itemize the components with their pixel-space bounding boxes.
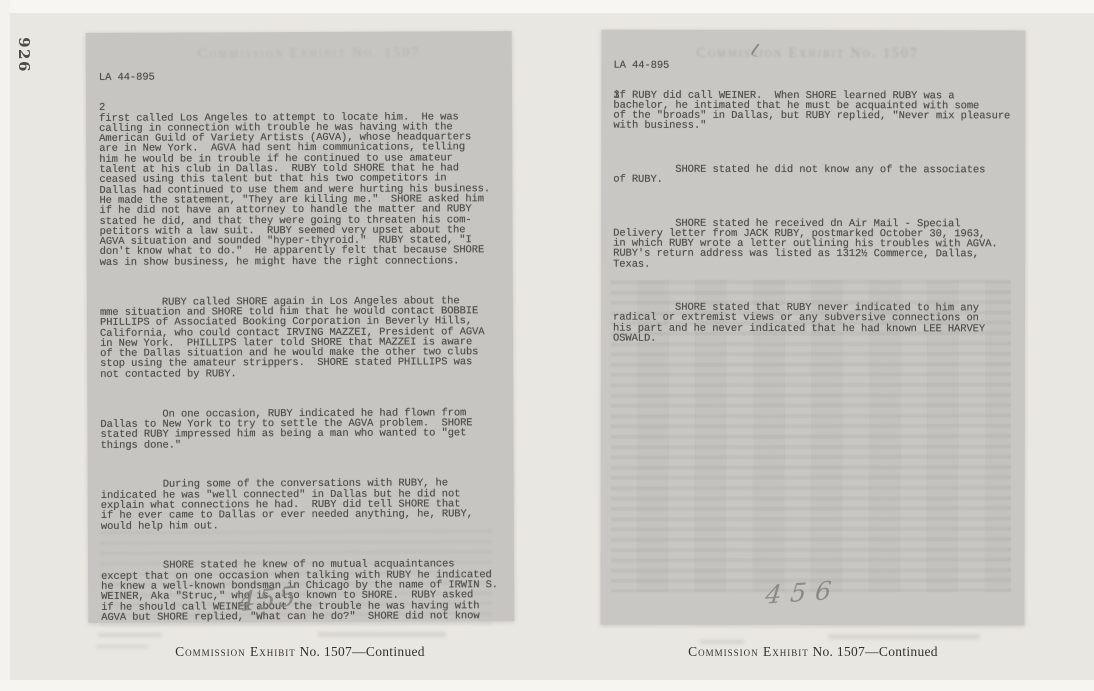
showthrough-smudge xyxy=(98,633,162,637)
scanned-page-left: Commission Exhibit No. 1507 LA 44-895 2 … xyxy=(86,31,515,623)
book-edge-highlight-top xyxy=(0,0,1094,13)
exhibit-caption-left-rest: No. 1507—Continued xyxy=(296,644,425,659)
book-edge-highlight-bottom xyxy=(0,680,1094,691)
typed-body-left: first called Los Angeles to attempt to l… xyxy=(99,91,508,653)
paragraph: SHORE stated he knew of no mutual acquai… xyxy=(101,560,508,624)
exhibit-caption-right: Commission Exhibit No. 1507—Continued xyxy=(601,644,1025,660)
scanned-page-right: Commission Exhibit No. 1507 LA 44-895 3 … xyxy=(600,30,1025,626)
book-edge-highlight-left xyxy=(0,0,10,691)
book-page-number-vertical: 926 xyxy=(8,38,42,98)
showthrough-smudge xyxy=(318,632,446,637)
file-number-left: LA 44-895 xyxy=(99,72,155,83)
paragraph: During some of the conversations with RU… xyxy=(101,478,508,531)
handwritten-exhibit-page-number-right: 456 xyxy=(764,575,842,609)
paragraph: if RUBY did call WEINER. When SHORE lear… xyxy=(613,90,1017,132)
typed-body-right: if RUBY did call WEINER. When SHORE lear… xyxy=(613,70,1018,378)
paragraph: SHORE stated he did not know any of the … xyxy=(613,165,1017,186)
exhibit-caption-left-smallcaps: Commission Exhibit xyxy=(175,644,296,659)
paragraph: first called Los Angeles to attempt to l… xyxy=(99,112,507,268)
paragraph: RUBY called SHORE again in Los Angeles a… xyxy=(100,296,507,380)
book-page-number-text: 926 xyxy=(15,37,33,73)
exhibit-caption-left: Commission Exhibit No. 1507—Continued xyxy=(87,644,513,660)
exhibit-caption-right-smallcaps: Commission Exhibit xyxy=(688,644,809,659)
showthrough-smudge xyxy=(828,634,980,639)
paragraph: SHORE stated he received dn Air Mail - S… xyxy=(613,218,1017,270)
showthrough-smudge xyxy=(96,645,148,648)
paragraph: On one occasion, RUBY indicated he had f… xyxy=(100,408,507,451)
showthrough-smudge xyxy=(700,640,744,644)
showthrough-caption-left: Commission Exhibit No. 1507 xyxy=(198,45,420,62)
showthrough-caption-right: Commission Exhibit No. 1507 xyxy=(696,46,918,62)
paragraph: SHORE stated that RUBY never indicated t… xyxy=(613,303,1017,345)
exhibit-caption-right-rest: No. 1507—Continued xyxy=(809,644,938,659)
